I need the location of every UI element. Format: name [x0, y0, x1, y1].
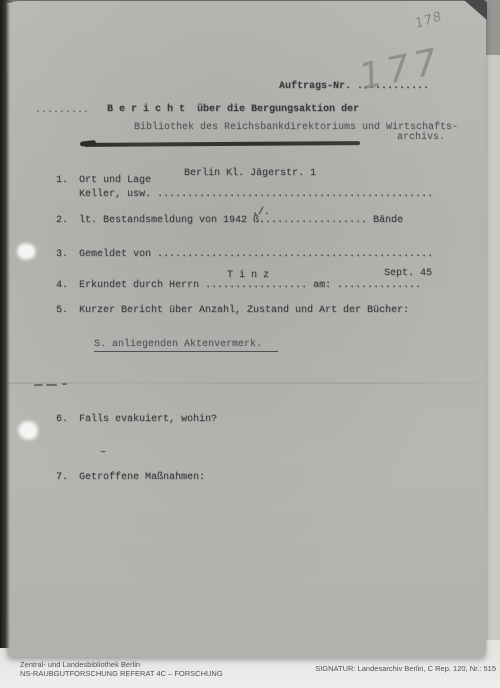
item4-number: 4. [56, 280, 68, 292]
item5-label: Kurzer Bericht über Anzahl, Zustand und … [79, 305, 409, 317]
item5-note-text: S. anliegenden Aktenvermerk. [94, 339, 278, 352]
handwritten-page-number: 178 [413, 9, 444, 31]
item5-note: S. anliegenden Aktenvermerk. [94, 339, 278, 351]
item7-label: Getroffene Maßnahmen: [79, 472, 205, 484]
item5-number: 5. [56, 305, 68, 317]
item6-label: Falls evakuiert, wohin? [79, 414, 217, 426]
item6-answer-dash: – [100, 447, 106, 459]
crease-mark [46, 384, 57, 386]
handwritten-order-number: 177 [356, 41, 446, 99]
footer-institution-line2: NS-RAUBGUTFORSCHUNG REFERAT 4C – FORSCHU… [20, 669, 223, 678]
footer-signature: SIGNATUR: Landesarchiv Berlin, C Rep. 12… [315, 664, 496, 673]
item1-number: 1. [56, 175, 68, 187]
item3-label: Gemeldet von ...........................… [79, 249, 433, 261]
scan-background: { "doc": { "order_no_line": "Auftrags-Nr… [0, 0, 500, 688]
fold-crease [7, 382, 486, 384]
item2-label: lt. Bestandsmeldung von 1942 ß..........… [79, 215, 403, 227]
item1-label-line1: Ort und Lage [79, 175, 151, 187]
report-subtitle-line2: archivs. [397, 132, 445, 144]
title-leading-dots: ......... [35, 105, 89, 117]
item6-number: 6. [56, 414, 68, 426]
item3-number: 3. [56, 249, 68, 261]
scan-right-margin [484, 0, 500, 640]
footer-institution-line1: Zentral- und Landesbibliothek Berlin [20, 660, 223, 669]
title-underline [84, 141, 360, 146]
item4-filled-date: Sept. 45 [384, 268, 432, 280]
item1-filled-value: Berlin Kl. Jägerstr. 1 [184, 168, 316, 180]
crease-mark [34, 384, 43, 386]
footer-institution: Zentral- und Landesbibliothek Berlin NS-… [20, 660, 223, 678]
item1-label-line2: Keller, usw. ...........................… [79, 189, 433, 201]
item7-number: 7. [56, 472, 68, 484]
report-title: B e r i c h t über die Bergungsaktion de… [107, 104, 359, 116]
scanned-page: 178 Auftrags-Nr. ............ 177 ......… [7, 1, 486, 657]
crease-mark [62, 383, 67, 385]
punch-hole-bottom [19, 422, 37, 439]
scan-left-edge [0, 0, 10, 648]
page-corner-fold [459, 0, 487, 25]
item2-number: 2. [56, 215, 68, 227]
item2-filled-value: ./. [252, 207, 270, 219]
item4-filled-name: T i n z [227, 270, 269, 282]
archive-footer: Zentral- und Landesbibliothek Berlin NS-… [0, 656, 500, 688]
punch-hole-top [18, 244, 35, 259]
